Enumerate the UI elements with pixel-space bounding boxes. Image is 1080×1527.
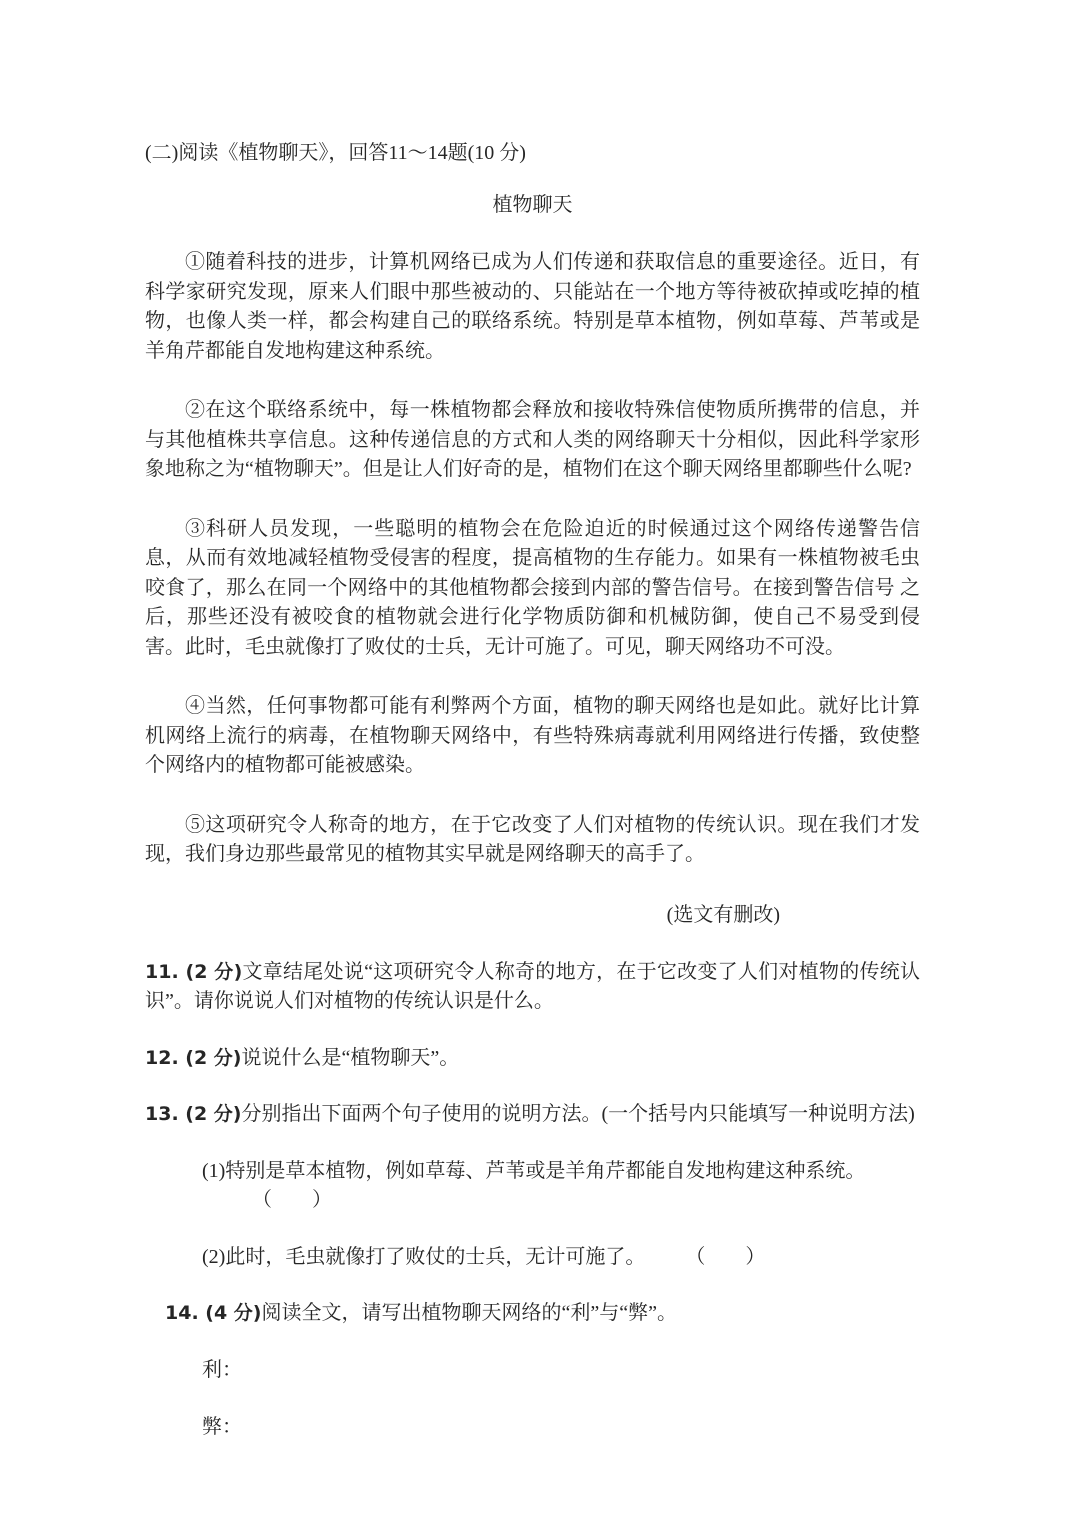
article-paragraph-5: ⑤这项研究令人称奇的地方，在于它改变了人们对植物的传统认识。现在我们才发现，我们… [145,811,920,870]
question-13-item-1-text: (1)特别是草本植物，例如草莓、芦苇或是羊角芹都能自发地构建这种系统。 [202,1160,865,1182]
question-13-text: 分别指出下面两个句子使用的说明方法。(一个括号内只能填写一种说明方法) [241,1103,914,1125]
question-13-item-1: (1)特别是草本植物，例如草莓、芦苇或是羊角芹都能自发地构建这种系统。（ ） [202,1157,920,1216]
question-14-text: 阅读全文，请写出植物聊天网络的“利”与“弊”。 [261,1302,677,1324]
source-note: (选文有删改) [145,900,920,930]
exam-page: (二)阅读《植物聊天》，回答11～14题(10 分) 植物聊天 ①随着科技的进步… [0,0,1080,1527]
article-paragraph-4: ④当然，任何事物都可能有利弊两个方面，植物的聊天网络也是如此。就好比计算机网络上… [145,692,920,781]
question-14-drawback-label: 弊： [202,1413,920,1443]
article-paragraph-3: ③科研人员发现，一些聪明的植物会在危险迫近的时候通过这个网络传递警告信息，从而有… [145,515,920,663]
question-13-number: 13. (2 分) [145,1103,241,1125]
question-12-number: 12. (2 分) [145,1047,241,1069]
question-14-benefit-label: 利： [202,1356,920,1386]
question-11: 11. (2 分)文章结尾处说“这项研究令人称奇的地方，在于它改变了人们对植物的… [145,958,920,1017]
question-14: 14. (4 分)阅读全文，请写出植物聊天网络的“利”与“弊”。 [165,1299,920,1329]
question-12: 12. (2 分)说说什么是“植物聊天”。 [145,1044,920,1074]
question-11-text: 文章结尾处说“这项研究令人称奇的地方，在于它改变了人们对植物的传统认识”。请你说… [145,961,920,1013]
question-13-item-2-answer-bracket: （ ） [695,1246,765,1268]
question-11-number: 11. (2 分) [145,961,242,983]
question-13-item-1-answer-bracket: （ ） [252,1189,332,1211]
article-paragraph-1: ①随着科技的进步，计算机网络已成为人们传递和获取信息的重要途径。近日，有科学家研… [145,248,920,366]
article-title: 植物聊天 [145,190,920,220]
question-12-text: 说说什么是“植物聊天”。 [241,1047,459,1069]
question-13-item-2: (2)此时，毛虫就像打了败仗的士兵，无计可施了。（ ） [202,1243,920,1273]
section-header: (二)阅读《植物聊天》，回答11～14题(10 分) [145,138,920,168]
article-paragraph-2: ②在这个联络系统中，每一株植物都会释放和接收特殊信使物质所携带的信息，并与其他植… [145,396,920,485]
question-13: 13. (2 分)分别指出下面两个句子使用的说明方法。(一个括号内只能填写一种说… [145,1100,920,1130]
question-14-number: 14. (4 分) [165,1302,261,1324]
question-13-item-2-text: (2)此时，毛虫就像打了败仗的士兵，无计可施了。 [202,1246,645,1268]
